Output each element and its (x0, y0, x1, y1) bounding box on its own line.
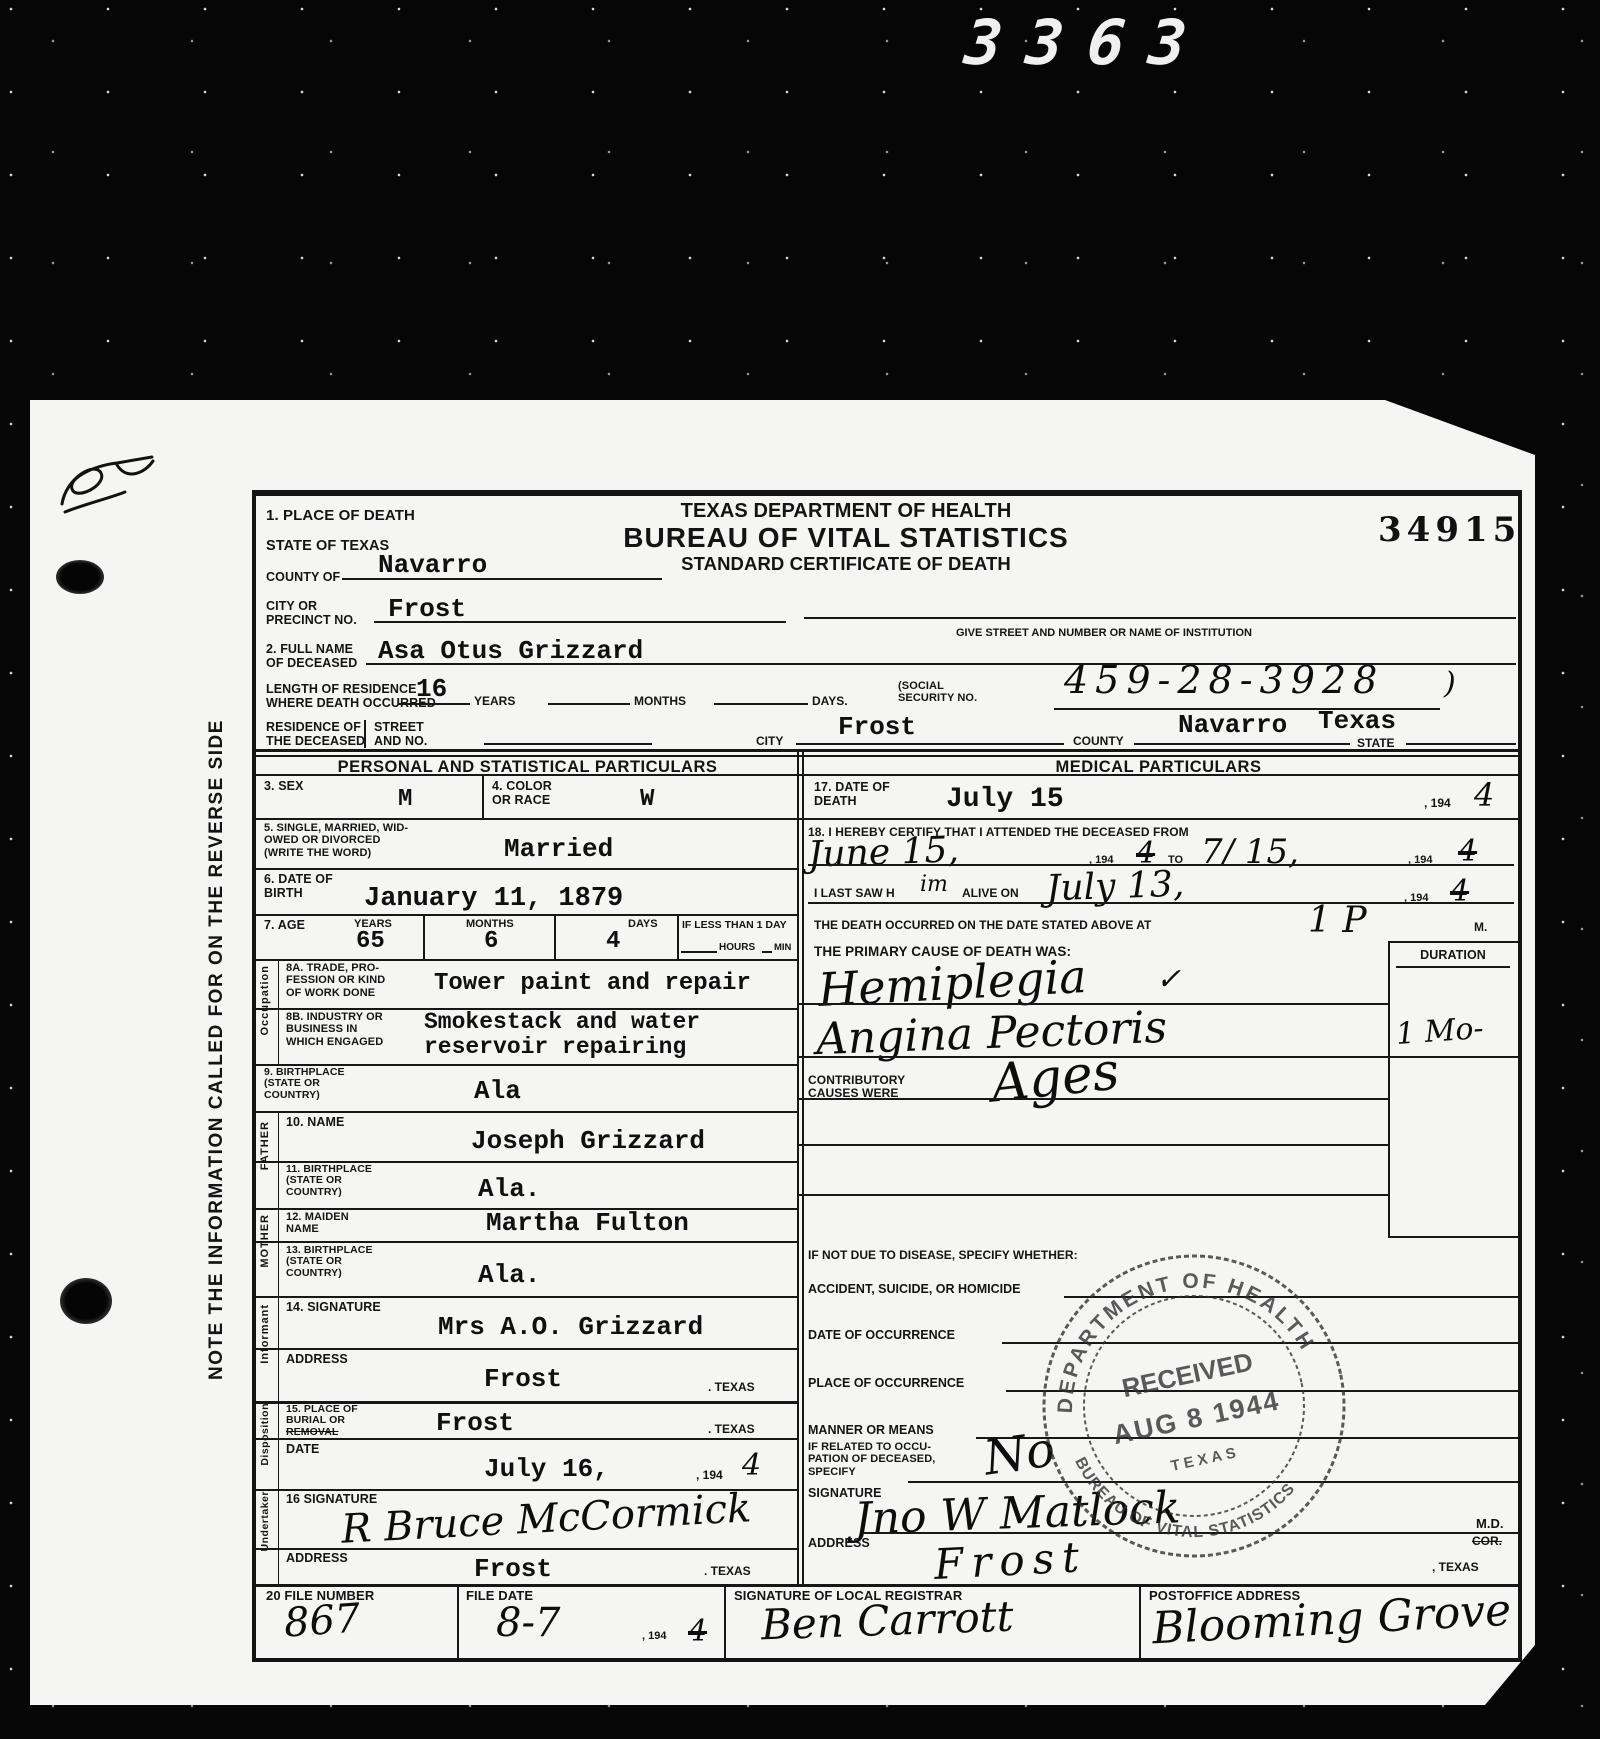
blank-cause-line-1 (799, 1144, 1388, 1146)
blank-cause-line-2 (799, 1194, 1388, 1196)
scan-background: { "scan": { "frame_counter": "3363", "si… (0, 0, 1600, 1739)
sex-label: 3. SEX (264, 779, 304, 793)
manner-label: MANNER OR MEANS (808, 1423, 934, 1437)
row-line-16 (256, 1548, 799, 1550)
physician-address-suffix: , TEXAS (1432, 1560, 1479, 1574)
mother-birthplace-label: 13. BIRTHPLACE (STATE OR COUNTRY) (286, 1245, 373, 1279)
file-date-year-printed: , 194 (642, 1630, 666, 1642)
disposition-side-label: Disposition (259, 1403, 271, 1466)
maiden-name-label: 12. MAIDEN NAME (286, 1211, 349, 1236)
father-side-strip: FATHER (256, 1111, 279, 1208)
duration-box-top (1388, 941, 1518, 943)
undertaker-address-label: ADDRESS (286, 1551, 348, 1565)
ssn-value: 459-28-3928 (1064, 658, 1384, 702)
years-label: YEARS (474, 694, 515, 708)
bottom-divider-2 (724, 1584, 726, 1658)
state2-underline (1406, 743, 1516, 745)
last-saw-label-pre: I LAST SAW H (814, 886, 895, 900)
ssn-label: (SOCIAL SECURITY NO. (898, 680, 977, 705)
death-date-value: July 15 (946, 784, 1064, 815)
certificate-number: 34915 (1378, 510, 1521, 550)
street-label: STREET AND NO. (374, 720, 427, 748)
bottom-divider-1 (457, 1584, 459, 1658)
occupation-side-strip: Occupation (256, 959, 279, 1064)
marital-value: Married (504, 834, 613, 864)
city-underline-right (804, 617, 1516, 619)
father-name-value: Joseph Grizzard (471, 1126, 705, 1156)
row-line-11 (256, 1296, 799, 1298)
color-label: 4. COLOR OR RACE (492, 779, 552, 807)
section-band-rule (256, 774, 1518, 776)
row-line-1 (256, 818, 1518, 820)
age-days-value: 4 (606, 928, 620, 955)
double-rule-bottom (256, 755, 1518, 757)
svg-text:BUREAU OF VITAL STATISTICS: BUREAU OF VITAL STATISTICS (1070, 1413, 1305, 1566)
age-divider-1 (423, 914, 425, 959)
contributory-value: Ages (988, 1041, 1122, 1114)
department-header: TEXAS DEPARTMENT OF HEALTH BUREAU OF VIT… (556, 500, 1136, 574)
father-name-label: 10. NAME (286, 1115, 344, 1129)
death-time-value: 1 P (1308, 900, 1367, 941)
registrar-value: Ben Carrott (760, 1592, 1014, 1650)
burial-date-label: DATE (286, 1442, 320, 1456)
row-line-12 (256, 1348, 799, 1350)
min-label: MIN (774, 942, 791, 953)
dept-line3: STANDARD CERTIFICATE OF DEATH (556, 554, 1136, 575)
row-line-4 (256, 959, 799, 961)
age-divider-3 (677, 914, 679, 959)
informant-address-suffix: . TEXAS (708, 1380, 755, 1394)
county2-label: COUNTY (1073, 734, 1124, 748)
maiden-name-value: Martha Fulton (486, 1208, 689, 1238)
burial-suffix: . TEXAS (708, 1422, 755, 1436)
undertaker-signature-label: 16 SIGNATURE (286, 1492, 377, 1506)
death-date-year-printed: , 194 (1424, 796, 1451, 810)
hours-label: HOURS (719, 942, 755, 953)
residence-divider (364, 720, 366, 748)
undertaker-side-strip: Undertaker (256, 1489, 279, 1584)
attended-to-value: 7/ 15, (1201, 832, 1299, 872)
state2-value: Texas (1318, 706, 1396, 736)
mother-birthplace-value: Ala. (478, 1260, 540, 1290)
undertaker-address-suffix: . TEXAS (704, 1564, 751, 1578)
months-underline (548, 703, 630, 705)
not-disease-label: IF NOT DUE TO DISEASE, SPECIFY WHETHER: (808, 1248, 1078, 1262)
city-underline (374, 621, 786, 623)
birthplace-value: Ala (474, 1076, 521, 1106)
burial-date-year-hand: 4 (742, 1448, 761, 1483)
city2-value: Frost (838, 712, 916, 742)
min-underline (762, 951, 772, 953)
county2-value: Navarro (1178, 710, 1287, 740)
pen-scribble (55, 452, 159, 526)
duration-row-line (1388, 1056, 1518, 1058)
sex-value: M (398, 786, 412, 813)
state-of-texas-label: STATE OF TEXAS (266, 538, 389, 554)
residence-years-value: 16 (416, 674, 447, 704)
years-underline (398, 703, 470, 705)
undertaker-address-value: Frost (474, 1554, 552, 1584)
burial-label-removal: REMOVAL (286, 1427, 338, 1438)
contributory-label: CONTRIBUTORY CAUSES WERE (808, 1074, 905, 1101)
row-line-14 (256, 1438, 799, 1440)
last-saw-him-hand: im (920, 872, 948, 897)
row-line-10 (256, 1241, 799, 1243)
age-divider-2 (554, 914, 556, 959)
days-underline (714, 703, 808, 705)
age-years-value: 65 (356, 928, 385, 955)
accident-label: ACCIDENT, SUICIDE, OR HOMICIDE (808, 1282, 1021, 1296)
duration-label-underline (1396, 966, 1510, 968)
row-line-2 (256, 868, 799, 870)
physician-address-label: ADDRESS (808, 1536, 870, 1550)
cause-line2-duration: 1 Mo- (1395, 1011, 1485, 1052)
undertaker-side-label: Undertaker (259, 1491, 271, 1551)
death-date-label: 17. DATE OF DEATH (814, 780, 890, 808)
informant-signature-label: 14. SIGNATURE (286, 1300, 381, 1314)
received-stamp: DEPARTMENT OF HEALTH BUREAU OF VITAL STA… (998, 1210, 1389, 1601)
row-line-7 (256, 1111, 799, 1113)
age-days-label: DAYS (628, 918, 658, 930)
street-hint: GIVE STREET AND NUMBER OR NAME OF INSTIT… (956, 627, 1252, 639)
mother-side-strip: MOTHER (256, 1208, 279, 1296)
birth-date-value: January 11, 1879 (364, 884, 623, 914)
industry-value: Smokestack and water reservoir repairing (424, 1010, 700, 1060)
disposition-side-strip: Disposition (256, 1401, 279, 1489)
file-date-year-hand: 4 (688, 1614, 707, 1649)
informant-address-value: Frost (484, 1364, 562, 1394)
father-birthplace-value: Ala. (478, 1174, 540, 1204)
months-label: MONTHS (634, 694, 686, 708)
stamp-state: TEXAS (1169, 1444, 1241, 1475)
last-saw-label-post: ALIVE ON (962, 886, 1019, 900)
age-label: 7. AGE (264, 918, 305, 932)
last-saw-underline (808, 902, 1514, 904)
residence-label: RESIDENCE OF THE DECEASED (266, 720, 365, 748)
informant-address-label: ADDRESS (286, 1352, 348, 1366)
bottom-row-top-rule (256, 1584, 1518, 1587)
occupation-side-label: Occupation (259, 965, 271, 1036)
informant-side-label: Informant (259, 1304, 271, 1364)
burial-value: Frost (436, 1408, 514, 1438)
county-label: COUNTY OF (266, 570, 340, 584)
trade-label: 8A. TRADE, PRO- FESSION OR KIND OF WORK … (286, 962, 385, 999)
dept-line1: TEXAS DEPARTMENT OF HEALTH (556, 500, 1136, 522)
birth-date-label: 6. DATE OF BIRTH (264, 872, 333, 900)
father-birthplace-label: 11. BIRTHPLACE (STATE OR COUNTRY) (286, 1164, 372, 1198)
duration-box-bottom (1388, 1236, 1518, 1238)
double-rule-top (256, 749, 1518, 752)
dept-line2: BUREAU OF VITAL STATISTICS (556, 522, 1136, 553)
full-name-value: Asa Otus Grizzard (378, 636, 643, 666)
city2-label: CITY (756, 734, 783, 748)
undertaker-signature-value: R Bruce McCormick (340, 1485, 752, 1552)
color-value: W (640, 786, 654, 813)
informant-signature-value: Mrs A.O. Grizzard (438, 1312, 703, 1342)
frame-counter: 3363 (961, 6, 1214, 79)
duration-box-left (1388, 941, 1390, 1236)
cause-line1-mark: ✓ (1156, 962, 1181, 997)
burial-label: 15. PLACE OF BURIAL OR (286, 1404, 358, 1427)
county-value: Navarro (378, 550, 487, 580)
certificate-form: 1. PLACE OF DEATH STATE OF TEXAS TEXAS D… (252, 490, 1522, 1662)
place-of-death-label: 1. PLACE OF DEATH (266, 508, 415, 525)
occupation-related-label: IF RELATED TO OCCU- PATION OF DECEASED, … (808, 1441, 935, 1478)
punch-hole-mark-bottom (60, 1278, 112, 1324)
state2-label: STATE (1357, 736, 1395, 750)
column-divider (797, 749, 804, 1584)
death-time-suffix: M. (1474, 920, 1487, 934)
street-underline (484, 743, 652, 745)
death-date-year-hand: 4 (1474, 776, 1494, 814)
file-number-value: 867 (282, 1595, 361, 1646)
cor-label: COR. (1472, 1534, 1502, 1548)
hours-underline (681, 951, 717, 953)
row-line-3 (256, 914, 799, 916)
death-occurred-label: THE DEATH OCCURRED ON THE DATE STATED AB… (814, 918, 1151, 932)
trade-value: Tower paint and repair (434, 970, 751, 997)
city-value: Frost (388, 594, 466, 624)
md-label: M.D. (1476, 1516, 1503, 1531)
place-of-occurrence-label: PLACE OF OCCURRENCE (808, 1376, 964, 1390)
attended-from-value: June 15, (807, 829, 959, 875)
burial-date-year-printed: , 194 (696, 1468, 723, 1482)
county2-underline (1134, 743, 1350, 745)
sex-color-divider (482, 774, 484, 818)
days-label: DAYS. (812, 694, 848, 708)
burial-date-value: July 16, (484, 1454, 609, 1484)
file-date-value: 8-7 (496, 1600, 560, 1646)
age-months-value: 6 (484, 928, 498, 955)
full-name-label: 2. FULL NAME OF DECEASED (266, 642, 357, 670)
stamp-arc-bottom: BUREAU OF VITAL STATISTICS (1070, 1413, 1305, 1566)
industry-label: 8B. INDUSTRY OR BUSINESS IN WHICH ENGAGE… (286, 1011, 383, 1048)
city2-underline (796, 743, 1064, 745)
duration-label: DURATION (1390, 948, 1516, 962)
marital-label: 5. SINGLE, MARRIED, WID- OWED OR DIVORCE… (264, 822, 408, 859)
ssn-close-paren: ) (1444, 666, 1456, 701)
if-less-label: IF LESS THAN 1 DAY (682, 919, 787, 931)
punch-hole-mark-top (56, 560, 104, 594)
side-note: NOTE THE INFORMATION CALLED FOR ON THE R… (206, 570, 228, 1380)
residence-length-label: LENGTH OF RESIDENCE WHERE DEATH OCCURRED (266, 682, 436, 710)
date-of-occurrence-label: DATE OF OCCURRENCE (808, 1328, 955, 1342)
county-underline (342, 578, 662, 580)
bottom-divider-3 (1139, 1584, 1141, 1658)
birthplace-label: 9. BIRTHPLACE (STATE OR COUNTRY) (264, 1067, 345, 1101)
certificate-page: NOTE THE INFORMATION CALLED FOR ON THE R… (30, 400, 1535, 1705)
contributory-underline (799, 1098, 1388, 1100)
city-label: CITY OR PRECINCT NO. (266, 599, 357, 627)
scan-corner-top-right (1385, 400, 1535, 455)
